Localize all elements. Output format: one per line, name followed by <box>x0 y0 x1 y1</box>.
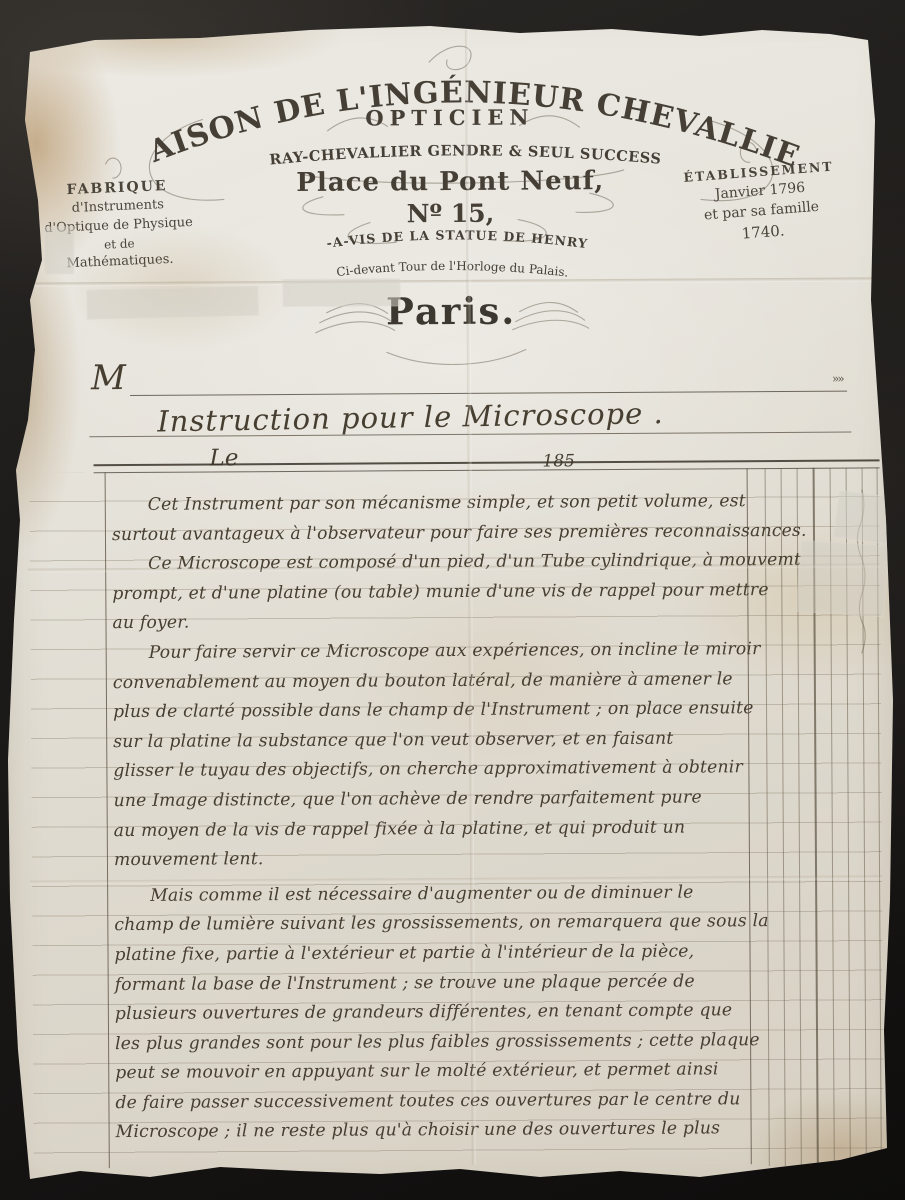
tape-piece <box>833 490 897 545</box>
manuscript-line: Pour faire servir ce Microscope aux expé… <box>113 635 755 669</box>
flourish-under-paris <box>387 350 526 365</box>
manuscript-line: les plus grandes sont pour les plus faib… <box>115 1026 757 1060</box>
manuscript-line: glisser le tuyau des objectifs, on cherc… <box>113 753 755 787</box>
manuscript-line: sur la platine la substance que l'on veu… <box>113 724 755 758</box>
tape-piece <box>282 278 400 307</box>
manuscript-line: formant la base de l'Instrument ; se tro… <box>115 967 757 1001</box>
manuscript-line: peut se mouvoir en appuyant sur le molté… <box>115 1055 757 1089</box>
manuscript-line: au foyer. <box>112 606 754 640</box>
document-title: Instruction pour le Microscope . <box>157 396 664 438</box>
manuscript-line: Cet Instrument par son mécanisme simple,… <box>112 487 754 521</box>
manuscript-text: Cet Instrument par son mécanisme simple,… <box>112 487 758 1148</box>
manuscript-line: plusieurs ouvertures de grandeurs différ… <box>115 996 757 1030</box>
tape-piece <box>44 226 74 274</box>
manuscript-line: Microscope ; il ne reste plus qu'à chois… <box>116 1115 758 1149</box>
addressee-rule-line <box>130 391 847 396</box>
tape-piece <box>796 540 888 617</box>
manuscript-line: plus de clarté possible dans le champ de… <box>113 694 755 728</box>
photograph-of-document: MAISON DE L'INGÉNIEUR CHEVALLIER DUCRAY-… <box>0 0 905 1200</box>
addressee-prefix: M <box>91 358 126 398</box>
manuscript-line: convenablement au moyen du bouton latéra… <box>113 665 755 699</box>
manuscript-line: surtout avantageux à l'observateur pour … <box>112 517 754 551</box>
manuscript-line: champ de lumière suivant les grossisseme… <box>114 907 756 941</box>
letterhead-right-badge: ÉTABLISSEMENT Janvier 1796 et par sa fam… <box>678 157 844 249</box>
manuscript-line: Ce Microscope est composé d'un pied, d'u… <box>112 546 754 580</box>
manuscript-line: platine fixe, partie à l'extérieur et pa… <box>114 937 756 971</box>
tape-piece <box>86 286 259 320</box>
manuscript-line: de faire passer successivement toutes ce… <box>115 1085 757 1119</box>
manuscript-line: mouvement lent. <box>114 842 756 876</box>
manuscript-line: une Image distincte, que l'on achève de … <box>114 783 756 817</box>
addressee-line-end-mark: »» <box>832 372 843 386</box>
manuscript-line: prompt, et d'une platine (ou table) muni… <box>112 576 754 610</box>
sheet-content: MAISON DE L'INGÉNIEUR CHEVALLIER DUCRAY-… <box>0 0 905 1200</box>
manuscript-line: au moyen de la vis de rappel fixée à la … <box>114 813 756 847</box>
paper-sheet: MAISON DE L'INGÉNIEUR CHEVALLIER DUCRAY-… <box>0 0 905 1200</box>
